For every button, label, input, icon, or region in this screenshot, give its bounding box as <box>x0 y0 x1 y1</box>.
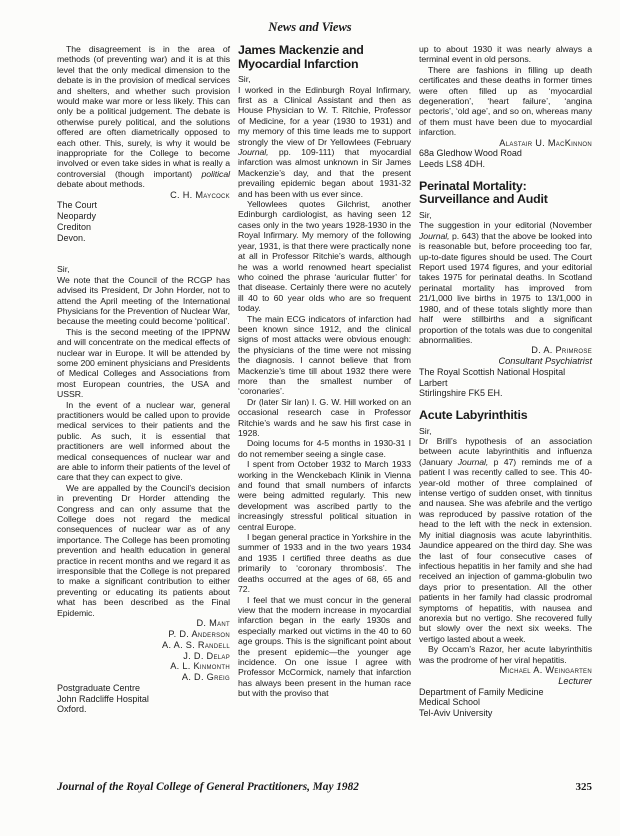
address-line: Stirlingshire FK5 EH. <box>419 388 592 399</box>
salutation: Sir, <box>419 426 592 436</box>
paragraph: Dr Brill’s hypothesis of an association … <box>419 436 592 644</box>
address-line: Crediton <box>57 222 230 233</box>
column-2: James Mackenzie and Myocardial Infarctio… <box>238 44 411 699</box>
signature-line: Lecturer <box>419 676 592 687</box>
paragraph: up to about 1930 it was nearly always a … <box>419 44 592 65</box>
salutation: Sir, <box>57 264 230 274</box>
signature-line: D. Mant <box>57 618 230 629</box>
address-line: Tel-Aviv University <box>419 708 592 719</box>
paragraph: Doing locums for 4-5 months in 1930-31 I… <box>238 438 411 459</box>
address-block: Department of Family MedicineMedical Sch… <box>419 687 592 719</box>
address-line: Oxford. <box>57 704 230 715</box>
address-line: Leeds LS8 4DH. <box>419 159 592 170</box>
page-title: News and Views <box>0 20 620 35</box>
paragraph: We note that the Council of the RCGP has… <box>57 275 230 327</box>
letter-heading: James Mackenzie and Myocardial Infarctio… <box>238 44 411 71</box>
address-line: Larbert <box>419 378 592 389</box>
signature-line: A. L. Kinmonth <box>57 661 230 672</box>
signature-block: D. A. PrimroseConsultant Psychiatrist <box>419 345 592 367</box>
signature-block: C. H. Maycock <box>57 190 230 201</box>
page-footer: Journal of the Royal College of General … <box>57 781 592 793</box>
signature-line: Consultant Psychiatrist <box>419 356 592 367</box>
page-number: 325 <box>576 781 593 793</box>
journal-page: { "header": { "title": "News and Views" … <box>0 0 620 836</box>
paragraph: We are appalled by the Council’s decisio… <box>57 483 230 618</box>
signature-line: P. D. Anderson <box>57 629 230 640</box>
signature-block: Michael A. WeingartenLecturer <box>419 665 592 687</box>
signature-block: D. MantP. D. AndersonA. A. S. RandellJ. … <box>57 618 230 683</box>
address-block: The CourtNeopardyCreditonDevon. <box>57 200 230 243</box>
address-block: The Royal Scottish National HospitalLarb… <box>419 367 592 399</box>
letter-heading: Perinatal Mortality: Surveillance and Au… <box>419 180 592 207</box>
address-line: John Radcliffe Hospital <box>57 694 230 705</box>
address-line: Department of Family Medicine <box>419 687 592 698</box>
paragraph: The disagreement is in the area of metho… <box>57 44 230 190</box>
spacer <box>57 243 230 264</box>
paragraph: Yellowlees quotes Gilchrist, another Edi… <box>238 199 411 313</box>
signature-line: Michael A. Weingarten <box>419 665 592 676</box>
signature-line: C. H. Maycock <box>57 190 230 201</box>
address-line: Neopardy <box>57 211 230 222</box>
address-line: The Court <box>57 200 230 211</box>
paragraph: Dr (later Sir Ian) I. G. W. Hill worked … <box>238 397 411 439</box>
letter-heading: Acute Labyrinthitis <box>419 409 592 423</box>
signature-line: A. D. Greig <box>57 672 230 683</box>
address-line: Devon. <box>57 233 230 244</box>
paragraph: I worked in the Edinburgh Royal Infirmar… <box>238 85 411 199</box>
address-block: Postgraduate CentreJohn Radcliffe Hospit… <box>57 683 230 715</box>
signature-line: D. A. Primrose <box>419 345 592 356</box>
paragraph: The main ECG indicators of infarction ha… <box>238 314 411 397</box>
address-block: 68a Gledhow Wood RoadLeeds LS8 4DH. <box>419 148 592 169</box>
salutation: Sir, <box>238 74 411 84</box>
paragraph: There are fashions in filling up death c… <box>419 65 592 138</box>
salutation: Sir, <box>419 210 592 220</box>
signature-line: A. A. S. Randell <box>57 640 230 651</box>
paragraph: By Occam’s Razor, her acute labyrinthiti… <box>419 644 592 665</box>
paragraph: I feel that we must concur in the genera… <box>238 595 411 699</box>
address-line: Medical School <box>419 697 592 708</box>
address-line: 68a Gledhow Wood Road <box>419 148 592 159</box>
journal-footer-line: Journal of the Royal College of General … <box>57 781 359 793</box>
address-line: Postgraduate Centre <box>57 683 230 694</box>
signature-line: Alastair U. MacKinnon <box>419 138 592 149</box>
column-1: The disagreement is in the area of metho… <box>57 44 230 715</box>
columns: The disagreement is in the area of metho… <box>57 44 592 719</box>
paragraph: This is the second meeting of the IPPNW … <box>57 327 230 400</box>
column-3: up to about 1930 it was nearly always a … <box>419 44 592 719</box>
signature-block: Alastair U. MacKinnon <box>419 138 592 149</box>
paragraph: I began general practice in Yorkshire in… <box>238 532 411 594</box>
signature-line: J. D. Delap <box>57 651 230 662</box>
paragraph: In the event of a nuclear war, general p… <box>57 400 230 483</box>
address-line: The Royal Scottish National Hospital <box>419 367 592 378</box>
paragraph: The suggestion in your editorial (Novemb… <box>419 220 592 345</box>
paragraph: I spent from October 1932 to March 1933 … <box>238 459 411 532</box>
